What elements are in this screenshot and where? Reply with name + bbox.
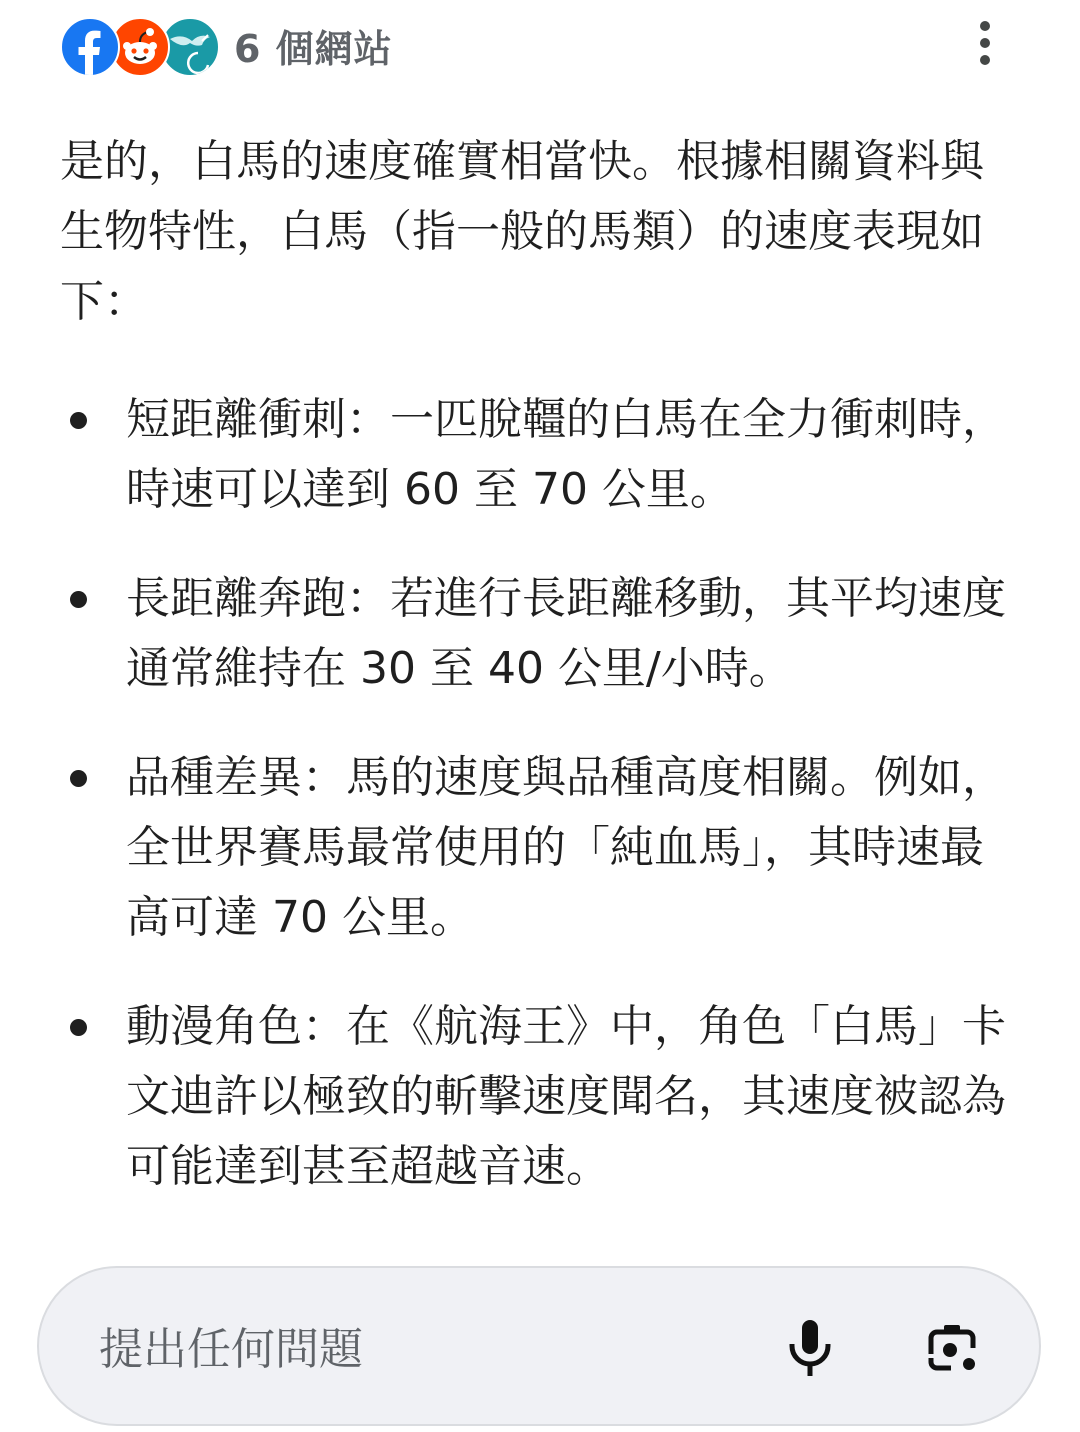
list-item: 短距離衝刺：一匹脫韁的白馬在全力衝刺時，時速可以達到 60 至 70 公里。 [60,385,1020,525]
list-item: 品種差異：馬的速度與品種高度相關。例如，全世界賽馬最常使用的「純血馬」，其時速最… [60,743,1020,953]
sources-header[interactable]: 6 個網站 [60,14,393,76]
source-favicons[interactable] [60,14,216,76]
lens-search-button[interactable] [917,1313,987,1383]
sources-count-label[interactable]: 6 個網站 [234,18,393,73]
more-vert-icon-dot [980,38,990,48]
ask-input[interactable] [97,1318,741,1380]
more-options-button[interactable] [962,18,1008,68]
voice-input-button[interactable] [775,1313,845,1383]
facebook-icon [60,17,120,77]
bullet-icon [70,412,87,429]
bullet-icon [70,591,87,608]
microphone-icon [787,1318,833,1378]
bullet-text: 動漫角色：在《航海王》中，角色「白馬」卡文迪許以極致的斬擊速度聞名，其速度被認為… [126,1001,1006,1192]
bullet-text: 長距離奔跑：若進行長距離移動，其平均速度通常維持在 30 至 40 公里/小時。 [126,573,1006,694]
answer-intro: 是的，白馬的速度確實相當快。根據相關資料與生物特性，白馬（指一般的馬類）的速度表… [60,127,1020,337]
bullet-icon [70,770,87,787]
answer-bullet-list: 短距離衝刺：一匹脫韁的白馬在全力衝刺時，時速可以達到 60 至 70 公里。 長… [60,385,1020,1241]
ask-bar [37,1266,1041,1426]
camera-lens-icon [923,1320,981,1376]
bullet-text: 品種差異：馬的速度與品種高度相關。例如，全世界賽馬最常使用的「純血馬」，其時速最… [126,752,1006,943]
list-item: 動漫角色：在《航海王》中，角色「白馬」卡文迪許以極致的斬擊速度聞名，其速度被認為… [60,992,1020,1202]
list-item: 長距離奔跑：若進行長距離移動，其平均速度通常維持在 30 至 40 公里/小時。 [60,564,1020,704]
bullet-text: 短距離衝刺：一匹脫韁的白馬在全力衝刺時，時速可以達到 60 至 70 公里。 [126,394,1006,515]
more-vert-icon-dot [980,21,990,31]
more-vert-icon-dot [980,55,990,65]
bullet-icon [70,1019,87,1036]
